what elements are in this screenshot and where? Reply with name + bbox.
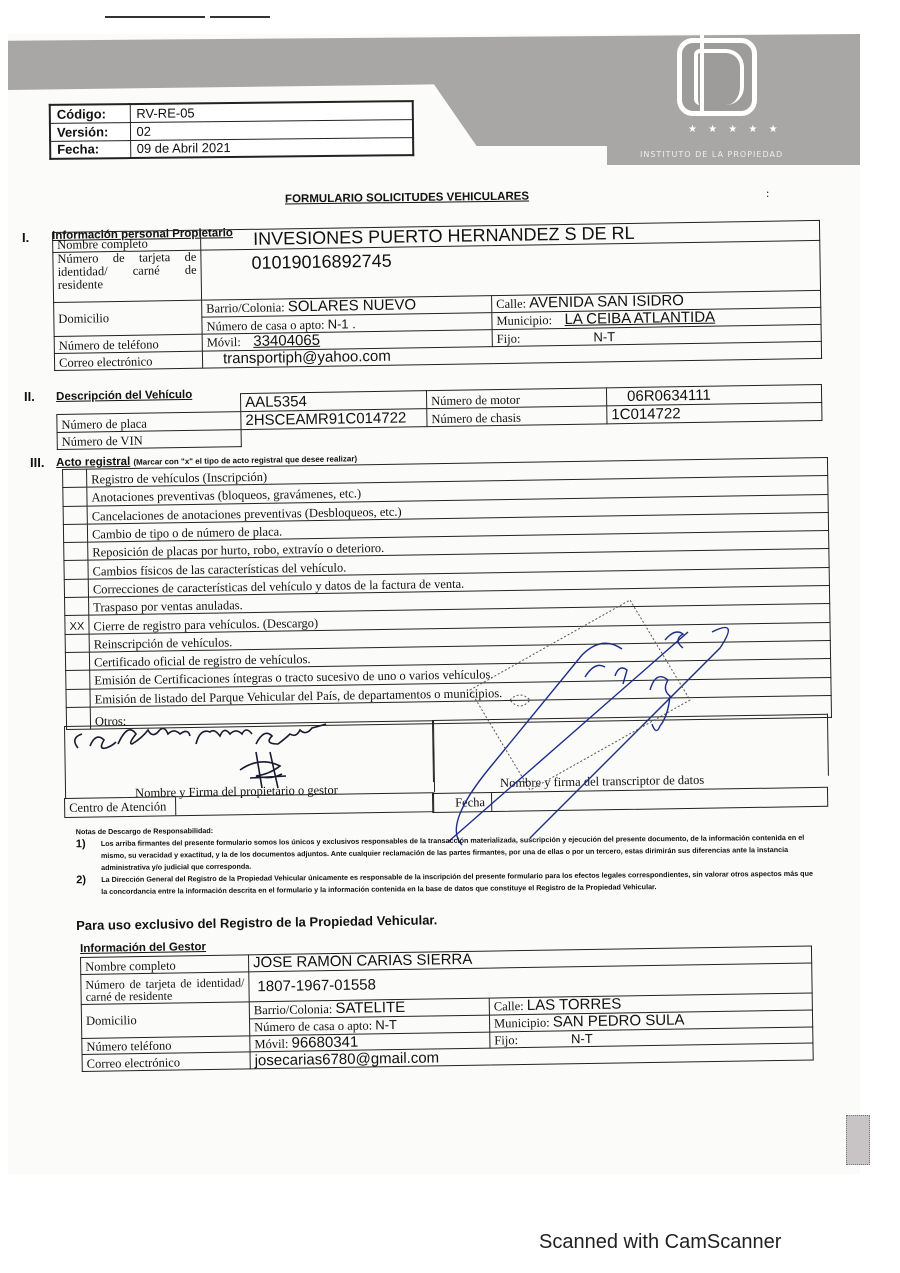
acto-option-checkbox[interactable] (66, 670, 90, 689)
vin-value: 2HSCEAMR91C014722 (245, 410, 406, 430)
centro-atencion-label: Centro de Atención (69, 799, 166, 816)
gestor-municipio-label: Municipio: (494, 1015, 550, 1030)
owner-info-table: Nombre completo INVESIONES PUERTO HERNAN… (52, 220, 822, 371)
vin-cell: 2HSCEAMR91C014722 (241, 409, 427, 430)
ip-logo-icon (677, 38, 757, 116)
acto-option-checkbox[interactable]: XX (65, 615, 89, 634)
owner-municipio-label: Municipio: (496, 313, 552, 328)
date-value: 09 de Abril 2021 (130, 137, 413, 158)
version-label: Versión: (50, 122, 130, 141)
date-label: Fecha: (50, 140, 130, 159)
camscanner-watermark: Scanned with CamScanner (539, 1231, 781, 1254)
date-row: Fecha: 09 de Abril 2021 (50, 137, 413, 159)
scan-edge-line (105, 16, 205, 18)
transcriber-signature-box (432, 714, 829, 782)
document-code-table: Código: RV-RE-05 Versión: 02 Fecha: 09 d… (49, 100, 415, 160)
gestor-fijo-value: N-T (571, 1031, 593, 1046)
disclaimer-notes: Notas de Descargo de Responsabilidad: 1)… (76, 820, 817, 898)
owner-movil-label: Móvil: (207, 335, 241, 350)
owner-casa-label: Número de casa o apto: (206, 317, 324, 333)
gestor-name-value: JOSE RAMON CARIAS SIERRA (253, 951, 472, 971)
note-1-number: 1) (76, 838, 86, 850)
fecha-label: Fecha (455, 795, 485, 810)
owner-domicilio-label: Domicilio (54, 300, 203, 336)
gestor-municipio-value: SAN PEDRO SULA (553, 1011, 685, 1030)
gestor-info-table: Nombre completo JOSE RAMON CARIAS SIERRA… (80, 946, 814, 1073)
acto-option-checkbox[interactable] (63, 487, 87, 506)
logo-i-bar (700, 33, 704, 113)
gestor-calle-label: Calle: (494, 999, 524, 1013)
logo-caption: INSTITUTO DE LA PROPIEDAD (640, 150, 783, 159)
owner-barrio-label: Barrio/Colonia: (206, 300, 285, 315)
section-3-number: III. (30, 455, 44, 470)
owner-municipio-value: LA CEIBA ATLANTIDA (564, 309, 715, 328)
acto-option-checkbox[interactable] (65, 634, 89, 653)
note-1-text: Los arriba firmantes del presente formul… (101, 832, 816, 874)
vin-label: Número de VIN (57, 430, 241, 450)
acto-option-checkbox[interactable] (63, 524, 87, 543)
acto-option-checkbox[interactable] (64, 542, 88, 561)
gestor-correo-label: Correo electrónico (82, 1052, 250, 1072)
gestor-movil-value: 96680341 (291, 1033, 358, 1051)
gestor-movil-label: Móvil: (254, 1036, 288, 1051)
acto-option-checkbox[interactable] (63, 506, 87, 525)
acto-option-checkbox[interactable] (64, 561, 88, 580)
note-2-number: 2) (76, 874, 86, 886)
gestor-correo-value: josecarias6780@gmail.com (255, 1049, 440, 1069)
acto-option-checkbox[interactable] (66, 689, 90, 708)
acto-option-checkbox[interactable] (65, 652, 89, 671)
owner-calle-label: Calle: (496, 297, 526, 311)
scan-edge-line (210, 16, 270, 18)
centro-atencion-divider (175, 797, 176, 815)
gestor-casa-value: N-T (375, 1017, 397, 1032)
logo-stars: ★ ★ ★ ★ ★ (688, 124, 782, 135)
owner-correo-label: Correo electrónico (54, 351, 202, 370)
acto-option-checkbox[interactable] (65, 597, 89, 616)
owner-fijo-value: N-T (593, 329, 615, 344)
placa-value: AAL5354 (245, 393, 307, 411)
acto-registral-table: Registro de vehículos (Inscripción)Anota… (62, 457, 832, 730)
gestor-domicilio-label: Domicilio (81, 1002, 250, 1038)
gestor-id-label: Número de tarjeta de identidad/ carné de… (81, 972, 249, 1005)
scan-speck: : (766, 186, 769, 201)
gestor-calle-value: LAS TORRES (527, 996, 622, 1014)
gestor-barrio-label: Barrio/Colonia: (254, 1002, 333, 1017)
acto-option-checkbox[interactable] (63, 469, 87, 488)
owner-barrio-value: SOLARES NUEVO (288, 296, 417, 315)
gestor-barrio-value: SATELITE (335, 999, 405, 1017)
owner-fijo-label: Fijo: (497, 331, 521, 345)
motor-value: 06R0634111 (627, 387, 711, 405)
section-2-number: II. (24, 389, 35, 404)
owner-id-label: Número de tarjeta de identidad/ carné de… (53, 250, 202, 302)
code-label: Código: (50, 104, 130, 123)
scan-artifact (846, 1115, 870, 1165)
chasis-value: 1C014722 (611, 405, 680, 423)
owner-id-value: 01019016892745 (251, 251, 391, 273)
owner-casa-value: N-1 . (328, 316, 356, 331)
gestor-section-title: Información del Gestor (80, 941, 206, 955)
section-1-number: I. (22, 230, 29, 245)
fecha-divider (491, 793, 492, 811)
gestor-fijo-label: Fijo: (494, 1033, 518, 1047)
owner-movil-value: 33404065 (253, 332, 320, 350)
acto-option-checkbox[interactable] (64, 579, 88, 598)
owner-correo-value: transportiph@yahoo.com (223, 348, 391, 368)
section-3-title-text: Acto registral (56, 456, 130, 469)
gestor-id-value: 1807-1967-01558 (257, 976, 376, 995)
